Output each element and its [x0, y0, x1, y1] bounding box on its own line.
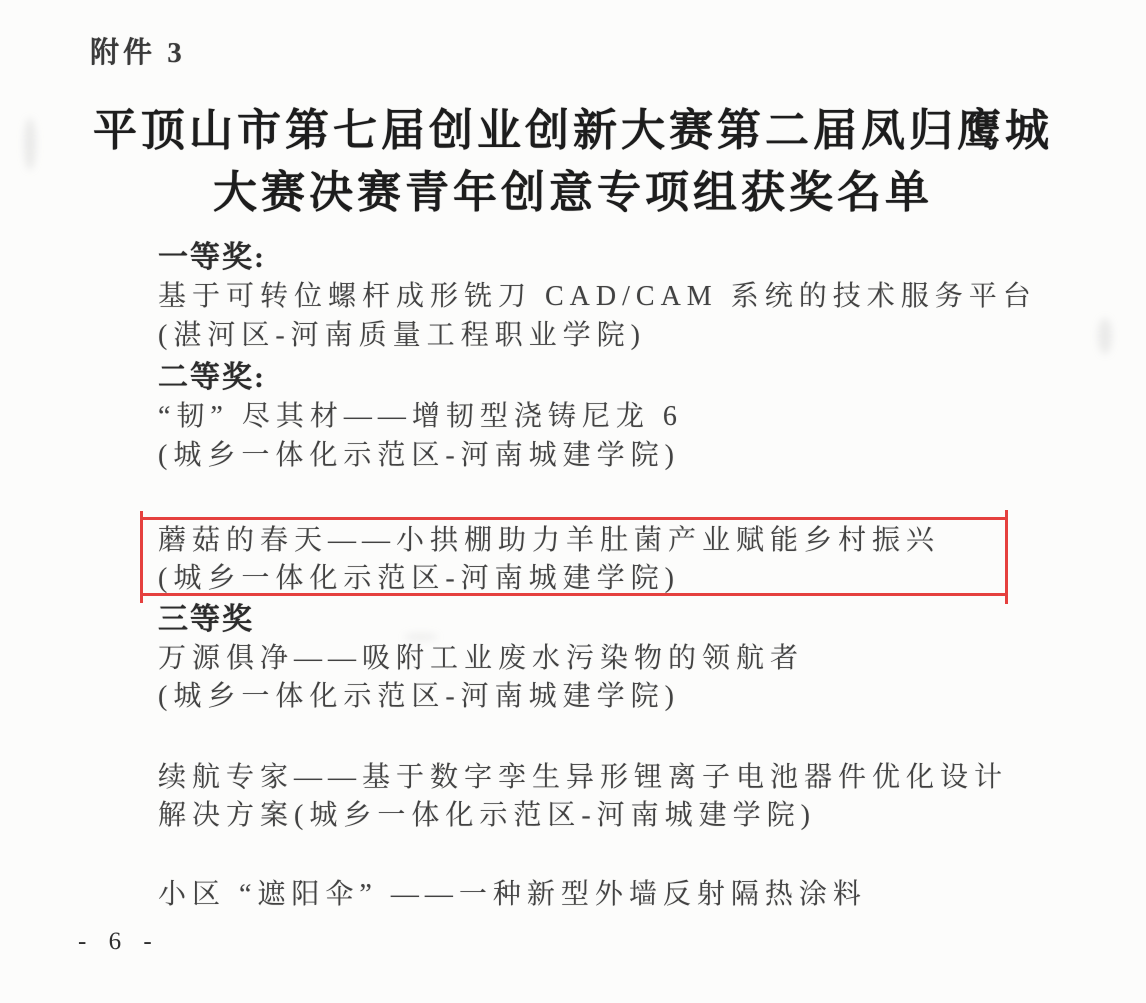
- highlight-box-tick-left: [140, 511, 143, 603]
- attachment-label: 附件 3: [90, 30, 186, 71]
- third-prize-project-2-line-1: 续航专家——基于数字孪生异形锂离子电池器件优化设计: [158, 761, 1008, 795]
- scan-artifact: [1098, 318, 1112, 354]
- second-prize-project-2-highlighted: 蘑菇的春天——小拱棚助力羊肚菌产业赋能乡村振兴: [158, 524, 940, 558]
- second-prize-affiliation-2-highlighted: (城乡一体化示范区-河南城建学院): [158, 562, 680, 596]
- document-title: 平顶山市第七届创业创新大赛第二届凤归鹰城 大赛决赛青年创意专项组获奖名单: [0, 100, 1146, 224]
- second-prize-heading: 二等奖:: [158, 361, 266, 395]
- first-prize-affiliation: (湛河区-河南质量工程职业学院): [158, 319, 646, 353]
- third-prize-project-3: 小区 “遮阳伞” ——一种新型外墙反射隔热涂料: [158, 878, 867, 912]
- third-prize-heading: 三等奖: [158, 603, 254, 637]
- first-prize-heading: 一等奖:: [158, 241, 266, 275]
- document-page: 附件 3 平顶山市第七届创业创新大赛第二届凤归鹰城 大赛决赛青年创意专项组获奖名…: [0, 0, 1146, 1003]
- second-prize-affiliation-1: (城乡一体化示范区-河南城建学院): [158, 439, 680, 473]
- third-prize-affiliation-1: (城乡一体化示范区-河南城建学院): [158, 680, 680, 714]
- scan-artifact: [24, 118, 36, 170]
- third-prize-project-1: 万源俱净——吸附工业废水污染物的领航者: [158, 642, 804, 676]
- title-line-2: 大赛决赛青年创意专项组获奖名单: [0, 162, 1146, 224]
- first-prize-project: 基于可转位螺杆成形铣刀 CAD/CAM 系统的技术服务平台: [158, 280, 1037, 314]
- highlight-box-tick-right: [1005, 510, 1008, 604]
- scan-artifact: [404, 633, 438, 641]
- page-number: - 6 -: [78, 928, 160, 956]
- second-prize-project-1: “韧” 尽其材——增韧型浇铸尼龙 6: [158, 400, 683, 434]
- title-line-1: 平顶山市第七届创业创新大赛第二届凤归鹰城: [0, 100, 1146, 162]
- third-prize-project-2-line-2: 解决方案(城乡一体化示范区-河南城建学院): [158, 799, 816, 833]
